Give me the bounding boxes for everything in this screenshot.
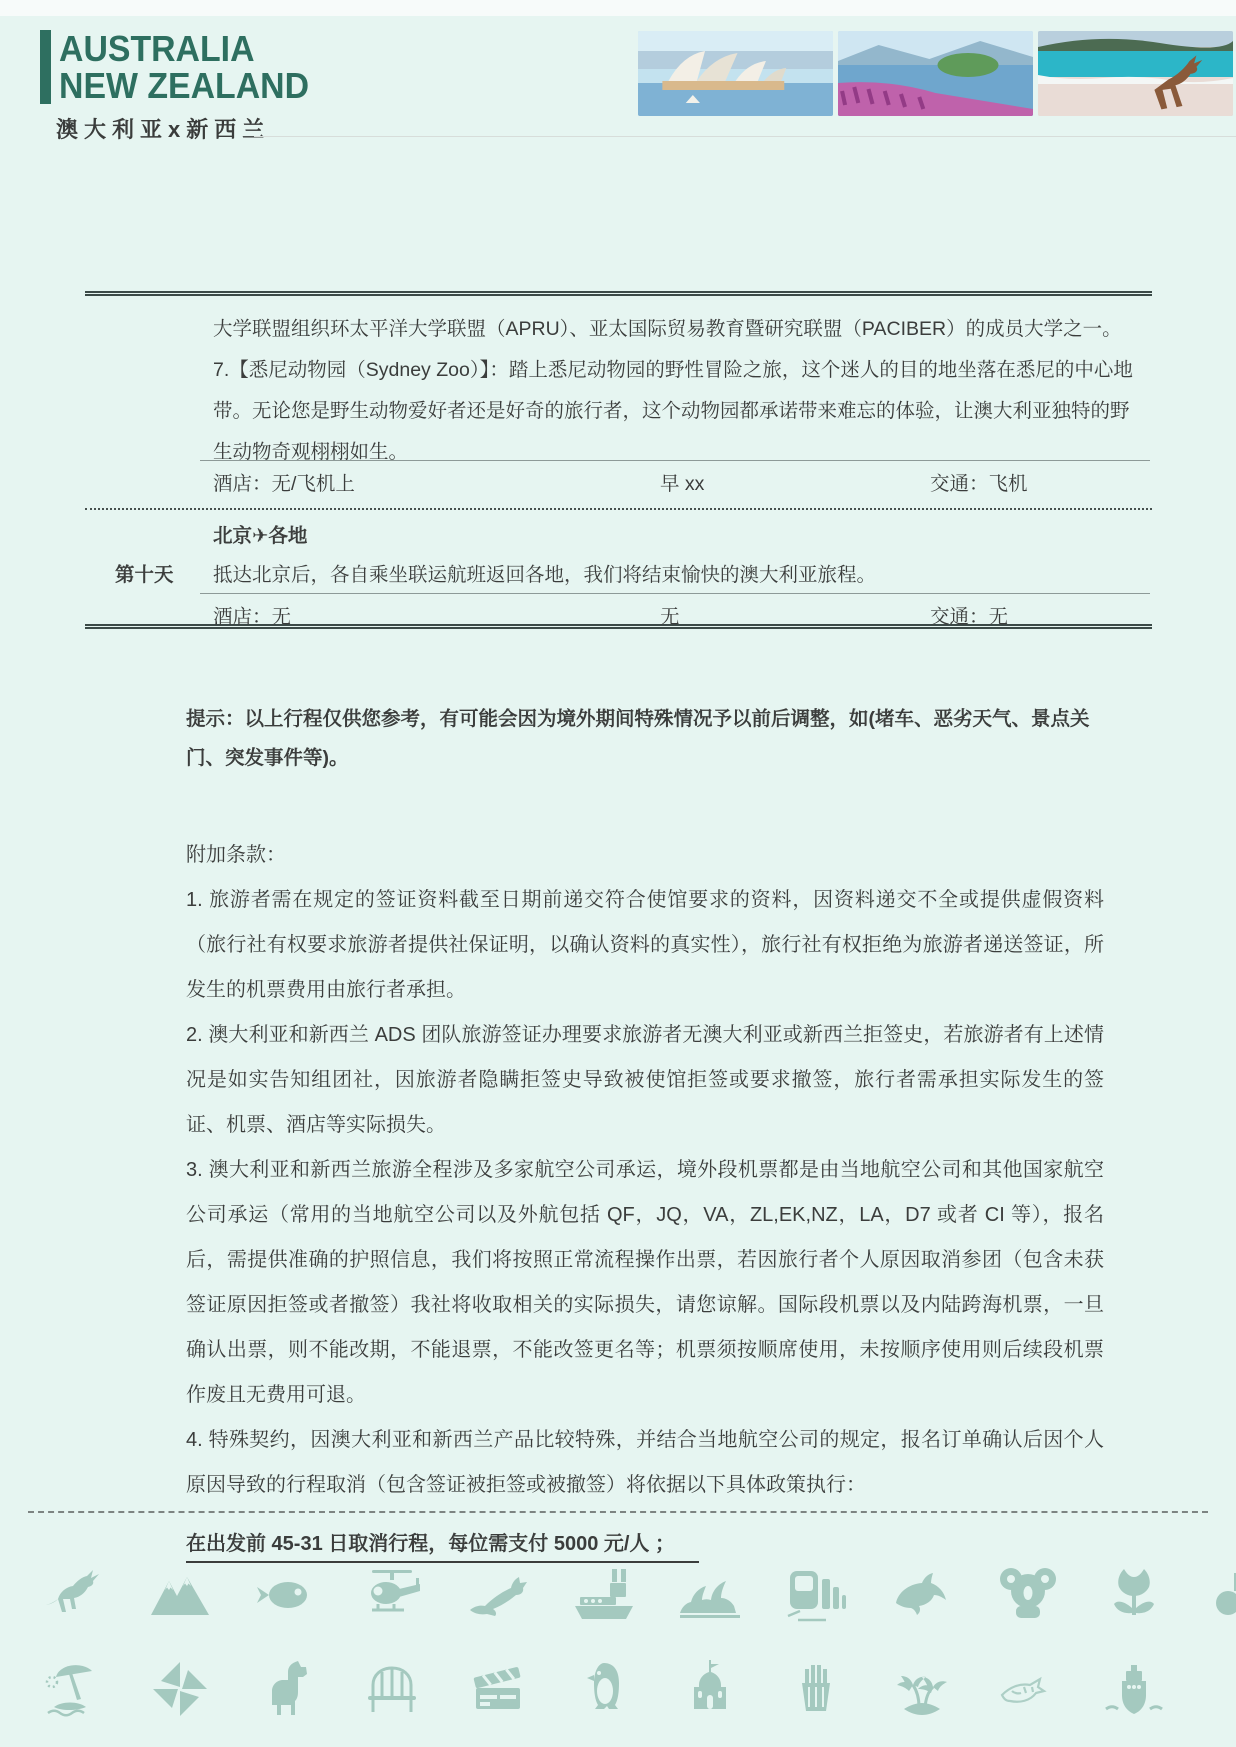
day10-route: 北京✈各地	[213, 520, 307, 548]
day9-meals: 早 xx	[660, 468, 704, 496]
row-divider	[200, 593, 1150, 594]
kangaroo-icon	[40, 1558, 108, 1632]
day9-transport: 交通：飞机	[930, 468, 1028, 496]
helicopter-icon	[358, 1558, 426, 1632]
fish-icon	[252, 1558, 320, 1632]
koala-icon	[994, 1558, 1062, 1632]
brand-logo: AUSTRALIA NEW ZEALAND	[40, 30, 325, 104]
terms-heading: 附加条款：	[186, 833, 1104, 878]
palm-island-icon	[888, 1652, 956, 1726]
notice-text: 提示：以上行程仅供您参考，有可能会因为境外期间特殊情况予以前后调整，如(堵车、恶…	[186, 700, 1122, 778]
page-top-strip	[0, 0, 1236, 16]
llama-icon	[252, 1652, 320, 1726]
bench-icon	[358, 1652, 426, 1726]
logo-bar	[40, 30, 51, 104]
header-photo-strip	[638, 31, 1233, 116]
day10-meals: 无	[660, 601, 680, 629]
terms-item: 1. 旅游者需在规定的签证资料截至日期前递交符合使馆要求的资料，因资料递交不全或…	[186, 878, 1104, 1013]
pinwheel-icon	[146, 1652, 214, 1726]
opera-house-icon	[676, 1558, 744, 1632]
header-divider	[254, 136, 1236, 137]
brand-subtitle: 澳大利亚x新西兰	[56, 113, 270, 144]
day10-hotel: 酒店：无	[213, 601, 291, 629]
logo-line2: NEW ZEALAND	[59, 67, 309, 104]
row-divider	[200, 460, 1150, 461]
additional-terms: 附加条款： 1. 旅游者需在规定的签证资料截至日期前递交符合使馆要求的资料，因资…	[186, 833, 1104, 1508]
train-icon	[782, 1558, 850, 1632]
day10-description: 抵达北京后，各自乘坐联运航班返回各地，我们将结束愉快的澳大利亚旅程。	[213, 559, 876, 587]
binoculars-icon	[1206, 1558, 1236, 1632]
terms-item: 4. 特殊契约，因澳大利亚和新西兰产品比较特殊，并结合当地航空公司的规定，报名订…	[186, 1418, 1104, 1508]
day10-transport: 交通：无	[930, 601, 1008, 629]
document-page: AUSTRALIA NEW ZEALAND 澳大利亚x新西兰 大学联盟组织环太平…	[0, 0, 1236, 1747]
french-fries-icon	[782, 1652, 850, 1726]
day9-hotel: 酒店：无/飞机上	[213, 468, 355, 496]
church-icon	[676, 1652, 744, 1726]
penguin-icon	[570, 1652, 638, 1726]
day9-paragraph: 大学联盟组织环太平洋大学联盟（APRU）、亚太国际贸易教育暨研究联盟（PACIB…	[213, 309, 1141, 350]
dolphin-icon	[888, 1558, 956, 1632]
logo-line1: AUSTRALIA	[59, 30, 309, 67]
itinerary-table: 大学联盟组织环太平洋大学联盟（APRU）、亚太国际贸易教育暨研究联盟（PACIB…	[85, 291, 1152, 629]
footer-icon-row-1	[40, 1558, 1236, 1632]
day-separator	[85, 508, 1152, 510]
day9-paragraph: 7.【悉尼动物园（Sydney Zoo）】：踏上悉尼动物园的野性冒险之旅，这个迷…	[213, 350, 1141, 473]
tulip-icon	[1100, 1558, 1168, 1632]
day9-description: 大学联盟组织环太平洋大学联盟（APRU）、亚太国际贸易教育暨研究联盟（PACIB…	[213, 309, 1141, 473]
footer-icon-row-2	[40, 1652, 1168, 1726]
beach-umbrella-icon	[40, 1652, 108, 1726]
seal-icon	[464, 1558, 532, 1632]
sketch-fish-icon	[994, 1652, 1062, 1726]
page-break-dashed-line	[28, 1511, 1208, 1513]
logo-text: AUSTRALIA NEW ZEALAND	[59, 30, 309, 104]
lake-lupins-photo	[838, 31, 1033, 116]
terms-item: 2. 澳大利亚和新西兰 ADS 团队旅游签证办理要求旅游者无澳大利亚或新西兰拒签…	[186, 1013, 1104, 1148]
terms-item: 3. 澳大利亚和新西兰旅游全程涉及多家航空公司承运，境外段机票都是由当地航空公司…	[186, 1148, 1104, 1418]
mountains-icon	[146, 1558, 214, 1632]
terms-items: 1. 旅游者需在规定的签证资料截至日期前递交符合使馆要求的资料，因资料递交不全或…	[186, 878, 1104, 1508]
cruise-ship-icon	[1100, 1652, 1168, 1726]
kangaroo-beach-photo	[1038, 31, 1233, 116]
day10-label: 第十天	[115, 559, 174, 587]
clapperboard-icon	[464, 1652, 532, 1726]
sydney-opera-house-photo	[638, 31, 833, 116]
steamboat-icon	[570, 1558, 638, 1632]
